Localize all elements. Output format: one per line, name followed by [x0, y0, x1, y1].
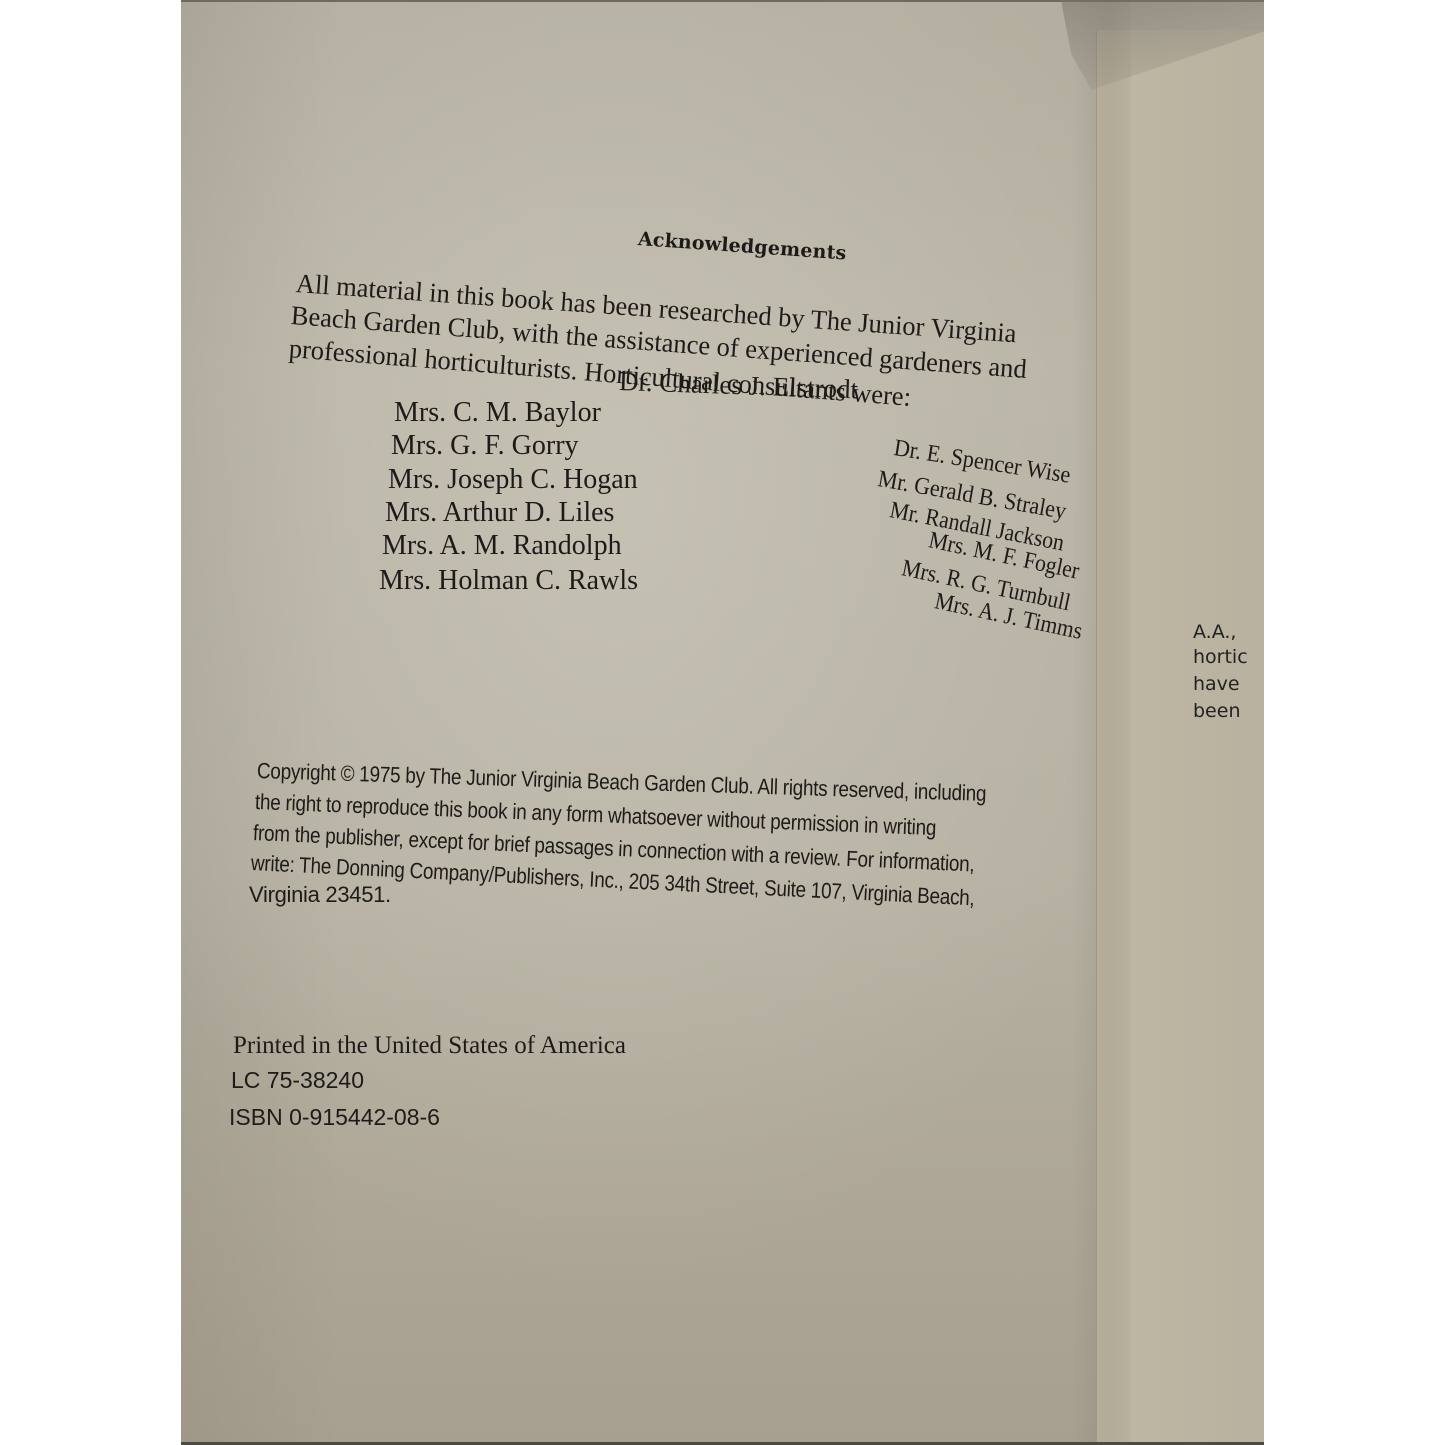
facing-page-fragment: hortic: [1193, 646, 1248, 668]
acknowledgements-heading: Acknowledgements: [637, 228, 847, 265]
consultant-name: Mrs. A. M. Randolph: [382, 530, 622, 562]
printed-in-text: Printed in the United States of America: [233, 1032, 626, 1060]
book-page-photo: Acknowledgements All material in this bo…: [181, 0, 1264, 1445]
isbn-number: ISBN 0-915442-08-6: [229, 1104, 440, 1131]
image-border-right: [1264, 0, 1445, 1445]
book-gutter-shadow: [1071, 0, 1131, 1445]
consultant-name: Mrs. Arthur D. Liles: [385, 497, 614, 529]
facing-page-fragment: been: [1193, 700, 1240, 722]
facing-page-fragment: have: [1193, 673, 1240, 695]
consultant-name: Mrs. Joseph C. Hogan: [388, 464, 638, 496]
lc-number: LC 75-38240: [231, 1067, 364, 1094]
copyright-line: Virginia 23451.: [249, 882, 391, 908]
consultant-name: Mrs. Holman C. Rawls: [379, 565, 638, 597]
lead-consultant: Dr. Charles J. Elstrodt: [618, 366, 858, 405]
facing-page-fragment: A.A.,: [1193, 621, 1236, 643]
consultant-name: Mrs. C. M. Baylor: [394, 397, 601, 429]
consultant-name: Mrs. G. F. Gorry: [391, 430, 579, 462]
image-border-left: [0, 0, 181, 1445]
